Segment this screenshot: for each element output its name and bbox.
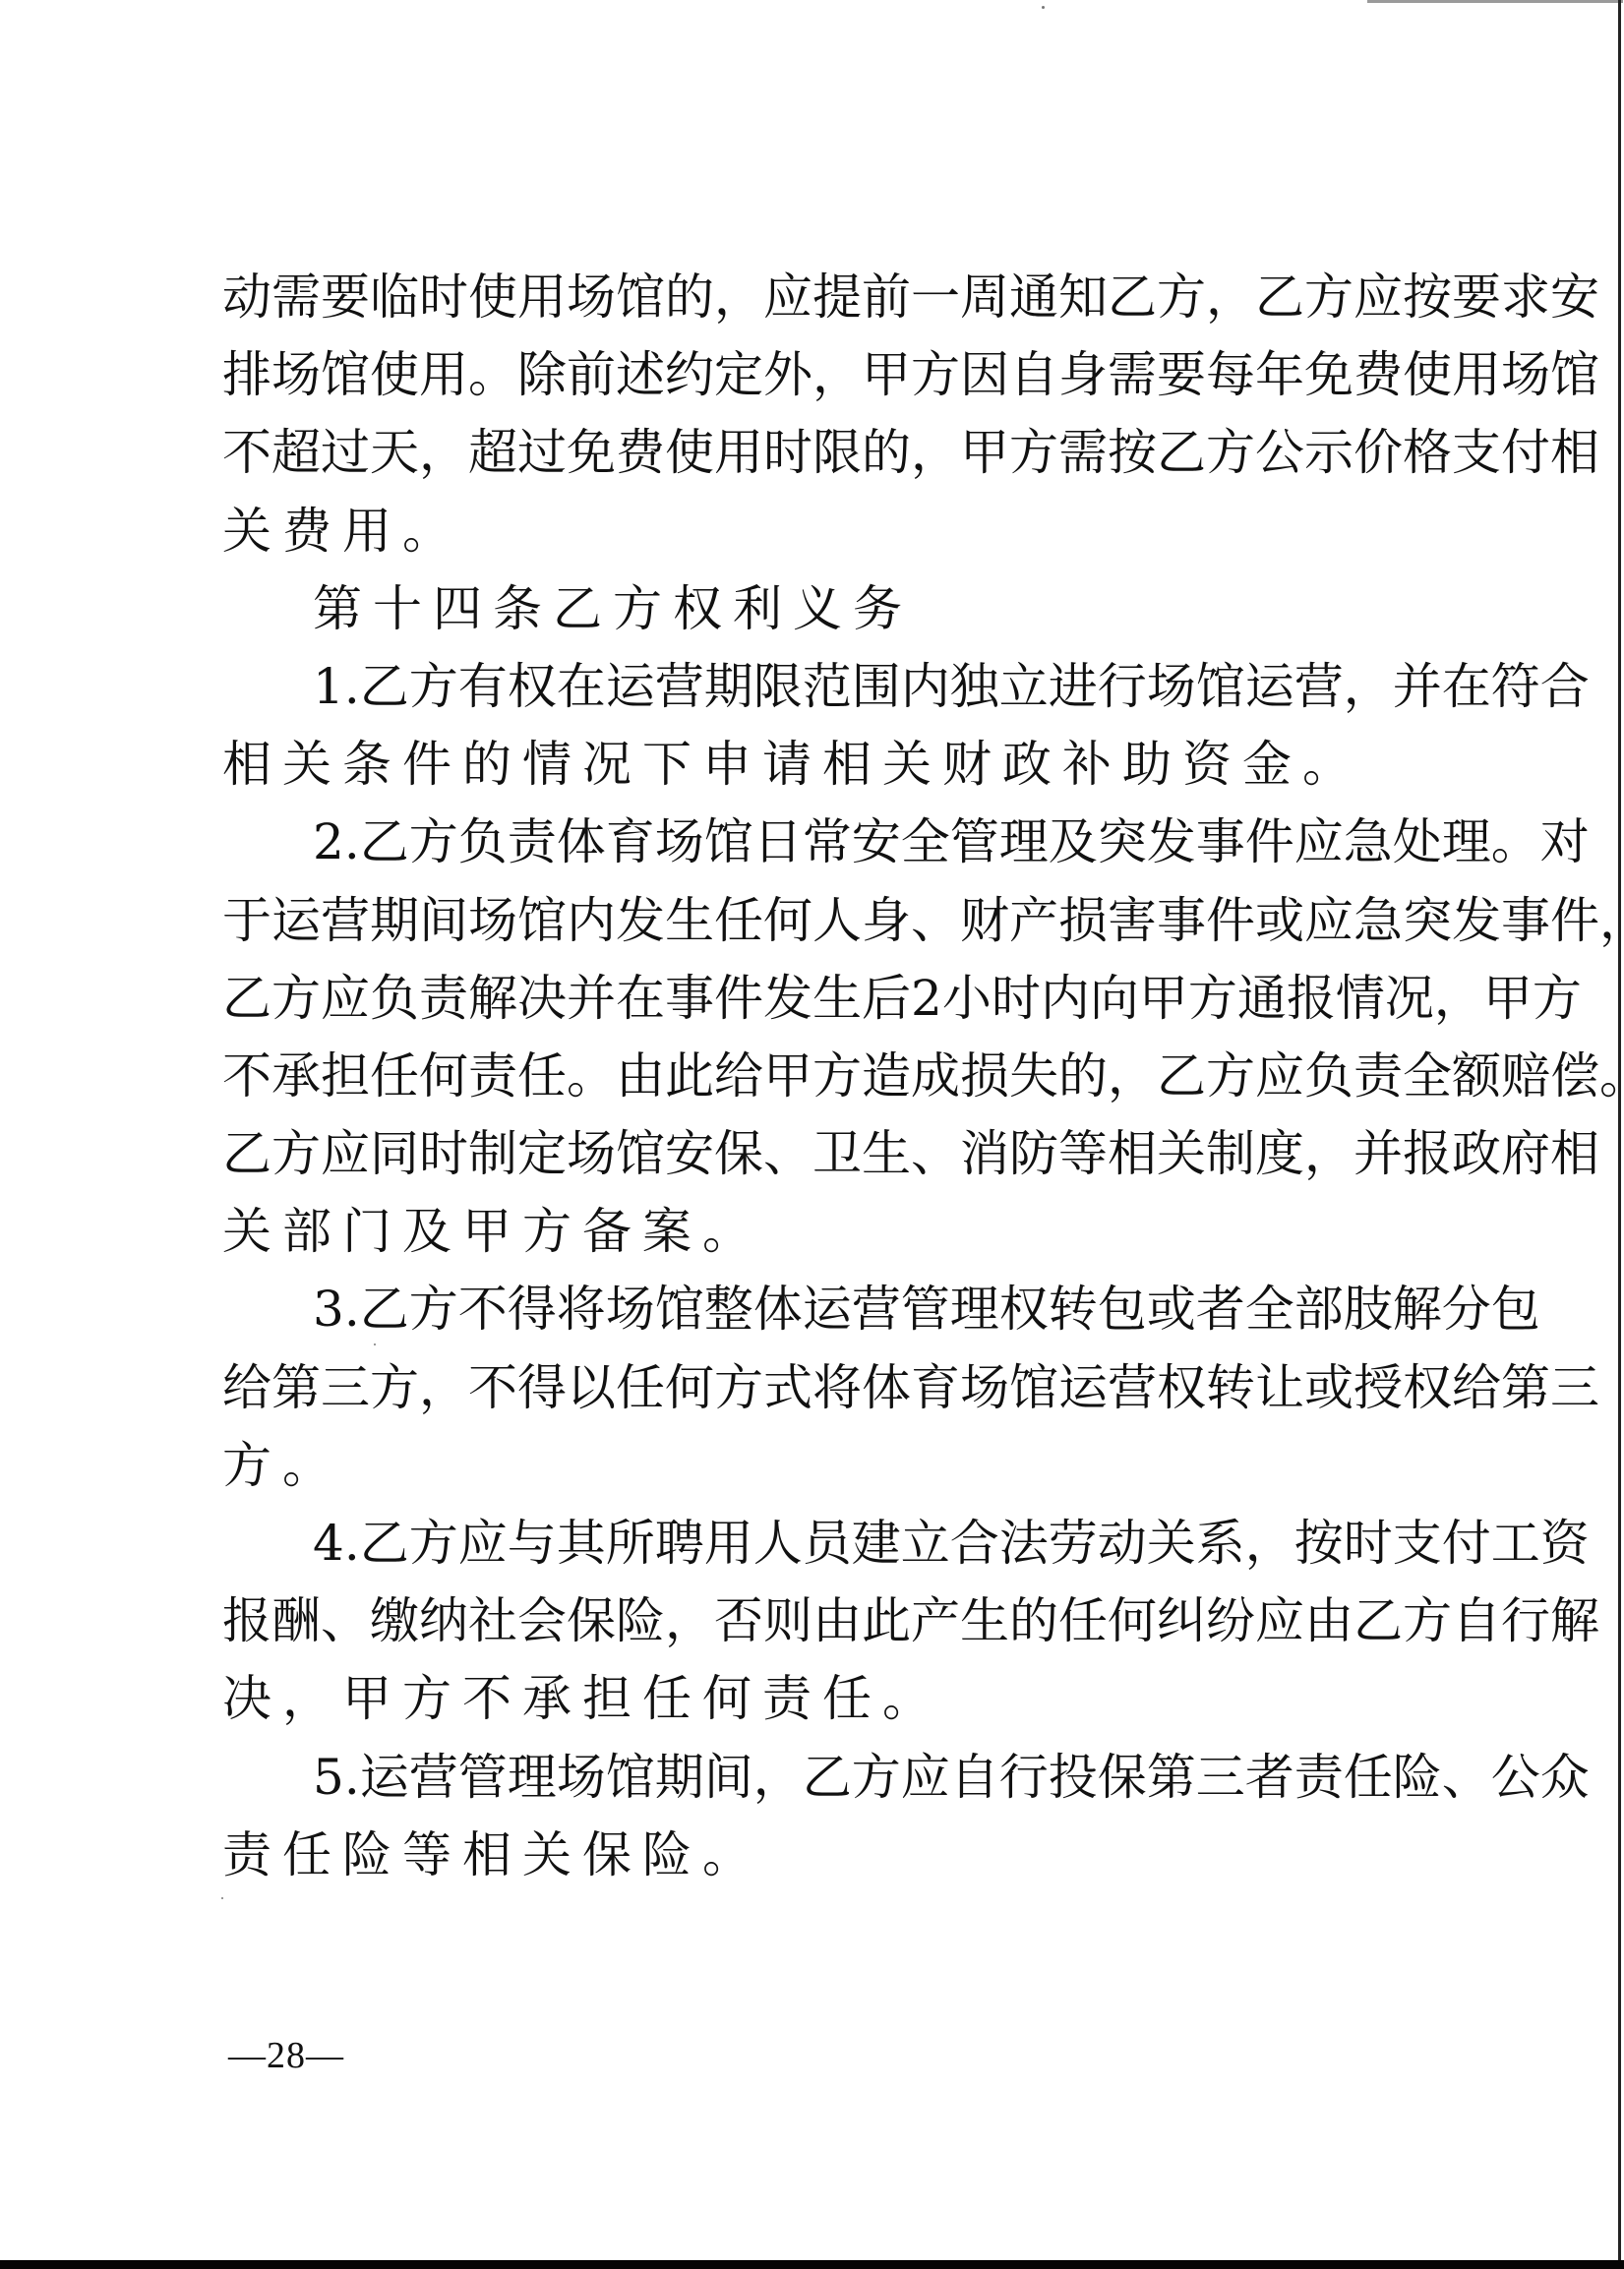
glyph: 任 — [1058, 1591, 1108, 1669]
glyph: 三 — [1550, 1358, 1599, 1436]
glyph: 外 — [763, 345, 812, 423]
glyph: 馆 — [1550, 345, 1599, 423]
glyph: 在 — [616, 969, 665, 1046]
glyph: . — [344, 1748, 360, 1825]
glyph: . — [344, 812, 360, 890]
glyph: 在 — [1442, 657, 1491, 735]
glyph: 行 — [1501, 1591, 1550, 1669]
glyph: 间 — [704, 1748, 753, 1825]
glyph: 价 — [1353, 423, 1403, 501]
glyph: 保 — [714, 1124, 763, 1202]
glyph: 理 — [950, 1280, 999, 1357]
glyph: 解 — [1393, 1280, 1442, 1357]
glyph: 行 — [999, 1748, 1049, 1825]
glyph: 需 — [1108, 345, 1157, 423]
glyph: 、 — [911, 1124, 960, 1202]
document-page: 动需要临时使用场馆的，应提前一周通知乙方，乙方应按要求安 排场馆使用。除前述约定… — [0, 0, 1624, 2269]
glyph: 得 — [517, 1358, 567, 1436]
glyph: 生 — [665, 891, 714, 969]
text-line: 报酬、缴纳社会保险，否则由此产生的任何纠纷应由乙方自行解 — [222, 1591, 1424, 1669]
glyph: 定 — [517, 1124, 567, 1202]
glyph: 给 — [1452, 1358, 1501, 1436]
glyph: 社 — [468, 1591, 517, 1669]
glyph: 付 — [1442, 1514, 1491, 1591]
glyph: 承 — [271, 1046, 321, 1124]
glyph: 者 — [1245, 1748, 1294, 1825]
glyph: 乙 — [1353, 1591, 1403, 1669]
glyph: 者 — [1196, 1280, 1245, 1357]
glyph: 责 — [508, 812, 557, 890]
glyph: 发 — [1452, 891, 1501, 969]
glyph: 场 — [1501, 345, 1550, 423]
glyph: 所 — [606, 1514, 655, 1591]
list-item-3-start: 3.乙方不得将场馆整体运营管理权转包或者全部肢解分包 — [222, 1280, 1424, 1357]
glyph: 乙 — [222, 969, 271, 1046]
glyph: 府 — [1501, 1124, 1550, 1202]
glyph: 。 — [468, 345, 517, 423]
glyph: 求 — [1501, 268, 1550, 345]
glyph: 要 — [1157, 345, 1206, 423]
glyph: 通 — [1009, 268, 1058, 345]
glyph: 日 — [753, 812, 803, 890]
glyph: ， — [1599, 891, 1624, 969]
glyph: 保 — [1098, 1748, 1147, 1825]
glyph: 乙 — [360, 1514, 409, 1591]
glyph: 提 — [812, 268, 862, 345]
glyph: 酬 — [271, 1591, 321, 1669]
glyph: 示 — [1304, 423, 1353, 501]
glyph: 肢 — [1344, 1280, 1393, 1357]
glyph: 或 — [1147, 1280, 1196, 1357]
list-item-5-start: 5.运营管理场馆期间，乙方应自行投保第三者责任险、公众 — [222, 1748, 1424, 1825]
glyph: 2 — [313, 812, 344, 890]
glyph: 劳 — [1049, 1514, 1098, 1591]
glyph: 政 — [1452, 1124, 1501, 1202]
glyph: 件 — [1206, 891, 1255, 969]
glyph: 除 — [517, 345, 567, 423]
glyph: 自 — [1009, 345, 1058, 423]
glyph: 每 — [1206, 345, 1255, 423]
text-line: 不承担任何责任。由此给甲方造成损失的，乙方应负责全额赔偿。 — [222, 1046, 1424, 1124]
glyph: 乙 — [803, 1748, 852, 1825]
glyph: 超 — [271, 423, 321, 501]
glyph: 期 — [370, 891, 419, 969]
glyph: 的 — [1058, 1046, 1108, 1124]
glyph: 包 — [1098, 1280, 1147, 1357]
glyph: 财 — [960, 891, 1009, 969]
glyph: 时 — [763, 423, 812, 501]
glyph: 馆 — [321, 345, 370, 423]
glyph: 付 — [1501, 423, 1550, 501]
glyph: 的 — [665, 268, 714, 345]
glyph: 后 — [862, 969, 911, 1046]
glyph: 则 — [763, 1591, 812, 1669]
glyph: 过 — [517, 423, 567, 501]
glyph: 否 — [714, 1591, 763, 1669]
glyph: 同 — [370, 1124, 419, 1202]
glyph: 身 — [1058, 345, 1108, 423]
glyph: 运 — [271, 891, 321, 969]
glyph: 任 — [370, 1046, 419, 1124]
glyph: 述 — [616, 345, 665, 423]
glyph: 报 — [222, 1591, 271, 1669]
glyph: 场 — [271, 345, 321, 423]
text-line: 决，甲方不承担任何责任。 — [222, 1669, 1424, 1747]
glyph: 人 — [812, 891, 862, 969]
glyph: 等 — [1058, 1124, 1108, 1202]
glyph: 报 — [1287, 969, 1336, 1046]
glyph: 动 — [222, 268, 271, 345]
glyph: 应 — [321, 969, 370, 1046]
scan-edge-bottom — [0, 2260, 1624, 2269]
glyph: 赔 — [1501, 1046, 1550, 1124]
glyph: 制 — [1206, 1124, 1255, 1202]
glyph: ， — [1206, 268, 1255, 345]
glyph: 情 — [1336, 969, 1385, 1046]
glyph: 会 — [517, 1591, 567, 1669]
glyph: 或 — [1255, 891, 1304, 969]
glyph: 相 — [1550, 1124, 1599, 1202]
scan-speck — [1042, 6, 1045, 9]
glyph: 应 — [901, 1748, 950, 1825]
glyph: 要 — [1452, 268, 1501, 345]
glyph: 决 — [517, 969, 567, 1046]
glyph: 突 — [1098, 812, 1147, 890]
glyph: 、 — [911, 891, 960, 969]
glyph: 营 — [852, 1280, 901, 1357]
glyph: 负 — [370, 969, 419, 1046]
glyph: 。 — [567, 1046, 616, 1124]
glyph: 育 — [606, 812, 655, 890]
glyph: 乙 — [1157, 423, 1206, 501]
glyph: 产 — [1009, 891, 1058, 969]
glyph: 件 — [1245, 812, 1294, 890]
glyph: 行 — [1098, 657, 1147, 735]
glyph: 三 — [321, 1358, 370, 1436]
glyph: 并 — [567, 969, 616, 1046]
glyph: 方 — [409, 812, 458, 890]
glyph: 与 — [508, 1514, 557, 1591]
glyph: 时 — [419, 1124, 468, 1202]
glyph: 期 — [655, 1748, 704, 1825]
glyph: 负 — [1304, 1046, 1353, 1124]
glyph: 发 — [1147, 812, 1196, 890]
glyph: 处 — [1393, 812, 1442, 890]
glyph: 方 — [852, 1748, 901, 1825]
glyph: 、 — [321, 1591, 370, 1669]
glyph: 身 — [862, 891, 911, 969]
glyph: 解 — [1550, 1591, 1599, 1669]
glyph: 事 — [665, 969, 714, 1046]
glyph: 此 — [862, 1591, 911, 1669]
glyph: 保 — [567, 1591, 616, 1669]
glyph: 方 — [714, 1358, 763, 1436]
glyph: 馆 — [606, 1748, 655, 1825]
scan-speck — [374, 1343, 376, 1345]
glyph: 超 — [468, 423, 517, 501]
glyph: 安 — [1550, 268, 1599, 345]
glyph: 生 — [862, 1124, 911, 1202]
glyph: 内 — [567, 891, 616, 969]
glyph: 过 — [321, 423, 370, 501]
glyph: 缴 — [370, 1591, 419, 1669]
glyph: 排 — [222, 345, 271, 423]
glyph: 场 — [557, 1748, 606, 1825]
glyph: 任 — [1344, 1748, 1393, 1825]
glyph: 方 — [1206, 423, 1255, 501]
glyph: 方 — [1206, 1046, 1255, 1124]
glyph: 转 — [1206, 1358, 1255, 1436]
glyph: ， — [911, 423, 960, 501]
glyph: 理 — [999, 812, 1049, 890]
glyph: 。 — [1491, 812, 1540, 890]
glyph: 不 — [468, 1358, 517, 1436]
glyph: 生 — [812, 969, 862, 1046]
text-line: 于运营期间场馆内发生任何人身、财产损害事件或应急突发事件， — [222, 891, 1424, 969]
glyph: 成 — [911, 1046, 960, 1124]
glyph: 时 — [992, 969, 1041, 1046]
glyph: 方 — [1304, 268, 1353, 345]
glyph: 防 — [1009, 1124, 1058, 1202]
glyph: 限 — [753, 657, 803, 735]
glyph: 给 — [222, 1358, 271, 1436]
glyph: 向 — [1090, 969, 1139, 1046]
glyph: 对 — [1540, 812, 1590, 890]
glyph: 系 — [1196, 1514, 1245, 1591]
glyph: 体 — [753, 1280, 803, 1357]
glyph: 权 — [1157, 1358, 1206, 1436]
text-line: 关部门及甲方备案。 — [222, 1202, 1424, 1280]
glyph: 的 — [1009, 1591, 1058, 1669]
glyph: 理 — [508, 1748, 557, 1825]
glyph: 符 — [1491, 657, 1540, 735]
glyph: 场 — [960, 1358, 1009, 1436]
glyph: 转 — [1049, 1280, 1098, 1357]
glyph: 以 — [567, 1358, 616, 1436]
glyph: 解 — [468, 969, 517, 1046]
glyph: ， — [419, 423, 468, 501]
glyph: 小 — [942, 969, 992, 1046]
list-item-2-start: 2.乙方负责体育场馆日常安全管理及突发事件应急处理。对 — [222, 812, 1424, 890]
glyph: 况 — [1385, 969, 1434, 1046]
glyph: 分 — [1442, 1280, 1491, 1357]
glyph: ， — [753, 1748, 803, 1825]
text-line: 不超过天，超过免费使用时限的，甲方需按乙方公示价格支付相 — [222, 423, 1424, 501]
glyph: ， — [1344, 657, 1393, 735]
glyph: 事 — [1196, 812, 1245, 890]
glyph: 使 — [1403, 345, 1452, 423]
glyph: ， — [1434, 969, 1483, 1046]
glyph: 合 — [1540, 657, 1590, 735]
text-line: 乙方应负责解决并在事件发生后2小时内向甲方通报情况，甲方 — [222, 969, 1424, 1046]
glyph: 使 — [665, 423, 714, 501]
glyph: 造 — [862, 1046, 911, 1124]
glyph: 运 — [360, 1748, 409, 1825]
glyph: 将 — [557, 1280, 606, 1357]
glyph: 间 — [419, 891, 468, 969]
glyph: 前 — [567, 345, 616, 423]
glyph: 授 — [1353, 1358, 1403, 1436]
glyph: 天 — [370, 423, 419, 501]
body-text: 动需要临时使用场馆的，应提前一周通知乙方，乙方应按要求安 排场馆使用。除前述约定… — [222, 268, 1424, 1903]
glyph: 额 — [1452, 1046, 1501, 1124]
glyph: 2 — [911, 969, 942, 1046]
glyph: 乙 — [360, 657, 409, 735]
glyph: 自 — [950, 1748, 999, 1825]
glyph: 不 — [222, 1046, 271, 1124]
text-line: 乙方应同时制定场馆安保、卫生、消防等相关制度，并报政府相 — [222, 1124, 1424, 1202]
glyph: 用 — [1452, 345, 1501, 423]
glyph: 定 — [714, 345, 763, 423]
glyph: 独 — [950, 657, 999, 735]
glyph: ， — [665, 1591, 714, 1669]
glyph: 需 — [271, 268, 321, 345]
text-line: 动需要临时使用场馆的，应提前一周通知乙方，乙方应按要求安 — [222, 268, 1424, 345]
text-line: 关费用。 — [222, 502, 1424, 579]
glyph: 使 — [370, 345, 419, 423]
glyph: 任 — [616, 1358, 665, 1436]
glyph: 权 — [1403, 1358, 1452, 1436]
glyph: 全 — [1245, 1280, 1294, 1357]
glyph: 动 — [1098, 1514, 1147, 1591]
glyph: 临 — [370, 268, 419, 345]
glyph: 体 — [862, 1358, 911, 1436]
glyph: 馆 — [616, 1124, 665, 1202]
glyph: 4 — [313, 1514, 344, 1591]
glyph: 管 — [901, 1280, 950, 1357]
glyph: 馆 — [1009, 1358, 1058, 1436]
glyph: 免 — [567, 423, 616, 501]
glyph: ， — [1108, 1046, 1157, 1124]
glyph: 建 — [852, 1514, 901, 1591]
glyph: 害 — [1108, 891, 1157, 969]
glyph: 知 — [1058, 268, 1108, 345]
glyph: 关 — [1147, 1514, 1196, 1591]
glyph: 按 — [1108, 423, 1157, 501]
glyph: 合 — [950, 1514, 999, 1591]
glyph: 1 — [313, 657, 344, 735]
glyph: ， — [1245, 1514, 1294, 1591]
glyph: 众 — [1540, 1748, 1590, 1825]
glyph: 场 — [606, 1280, 655, 1357]
glyph: 包 — [1491, 1280, 1540, 1357]
glyph: 应 — [1255, 1591, 1304, 1669]
glyph: 责 — [1294, 1748, 1344, 1825]
glyph: 方 — [1533, 969, 1582, 1046]
glyph: 期 — [704, 657, 753, 735]
glyph: 应 — [1353, 268, 1403, 345]
glyph: 费 — [616, 423, 665, 501]
scan-edge-top — [1367, 0, 1623, 3]
glyph: 急 — [1344, 812, 1393, 890]
glyph: 将 — [812, 1358, 862, 1436]
glyph: 甲 — [1483, 969, 1533, 1046]
glyph: 一 — [911, 268, 960, 345]
glyph: . — [344, 657, 360, 735]
glyph: 急 — [1353, 891, 1403, 969]
glyph: 何 — [1108, 1591, 1157, 1669]
glyph: 件 — [714, 969, 763, 1046]
glyph: 全 — [901, 812, 950, 890]
glyph: 让 — [1255, 1358, 1304, 1436]
glyph: 馆 — [655, 1280, 704, 1357]
glyph: 卫 — [812, 1124, 862, 1202]
glyph: 何 — [665, 1358, 714, 1436]
page-number: —28— — [228, 2034, 344, 2077]
glyph: 通 — [1237, 969, 1287, 1046]
glyph: 周 — [960, 268, 1009, 345]
glyph: 限 — [812, 423, 862, 501]
glyph: . — [344, 1280, 360, 1357]
glyph: 此 — [665, 1046, 714, 1124]
glyph: 运 — [1058, 1358, 1108, 1436]
scan-speck — [221, 1897, 223, 1899]
glyph: 常 — [803, 812, 852, 890]
glyph: 制 — [468, 1124, 517, 1202]
glyph: 场 — [1147, 657, 1196, 735]
glyph: 产 — [911, 1591, 960, 1669]
glyph: 损 — [1058, 891, 1108, 969]
glyph: 馆 — [1196, 657, 1245, 735]
glyph: . — [344, 1514, 360, 1591]
glyph: 偿 — [1550, 1046, 1599, 1124]
glyph: 。 — [1599, 1046, 1624, 1124]
glyph: 应 — [1294, 812, 1344, 890]
glyph: 安 — [665, 1124, 714, 1202]
glyph: 自 — [1452, 1591, 1501, 1669]
glyph: 乙 — [222, 1124, 271, 1202]
glyph: 整 — [704, 1280, 753, 1357]
glyph: 体 — [557, 812, 606, 890]
glyph: 三 — [1196, 1748, 1245, 1825]
glyph: 事 — [1157, 891, 1206, 969]
glyph: ， — [812, 345, 862, 423]
glyph: 格 — [1403, 423, 1452, 501]
glyph: 并 — [1353, 1124, 1403, 1202]
glyph: 部 — [1294, 1280, 1344, 1357]
glyph: 生 — [960, 1591, 1009, 1669]
glyph: ， — [419, 1358, 468, 1436]
glyph: 方 — [409, 1280, 458, 1357]
glyph: 甲 — [1139, 969, 1188, 1046]
text-line: 给第三方，不得以任何方式将体育场馆运营权转让或授权给第三 — [222, 1358, 1424, 1436]
glyph: 方 — [1403, 1591, 1452, 1669]
glyph: 资 — [1540, 1514, 1590, 1591]
glyph: 不 — [222, 423, 271, 501]
glyph: 员 — [803, 1514, 852, 1591]
glyph: 乙 — [1108, 268, 1157, 345]
glyph: 场 — [567, 268, 616, 345]
glyph: 安 — [852, 812, 901, 890]
glyph: 度 — [1255, 1124, 1304, 1202]
text-line: 责任险等相关保险。 — [222, 1825, 1424, 1903]
glyph: 营 — [655, 657, 704, 735]
glyph: 件 — [1550, 891, 1599, 969]
glyph: 营 — [1294, 657, 1344, 735]
glyph: 用 — [714, 423, 763, 501]
glyph: 由 — [1304, 1591, 1353, 1669]
glyph: 需 — [1058, 423, 1108, 501]
glyph: 、 — [1442, 1748, 1491, 1825]
glyph: 工 — [1491, 1514, 1540, 1591]
glyph: 应 — [321, 1124, 370, 1202]
glyph: 理 — [1442, 812, 1491, 890]
glyph: 责 — [1353, 1046, 1403, 1124]
glyph: 免 — [1304, 345, 1353, 423]
glyph: 发 — [763, 969, 812, 1046]
glyph: 相 — [1550, 423, 1599, 501]
glyph: ， — [1304, 1124, 1353, 1202]
